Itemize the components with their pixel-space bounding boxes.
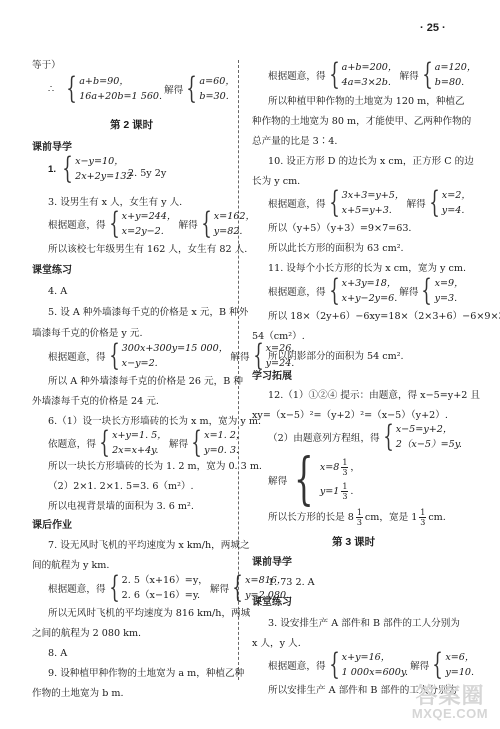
brace-icon: { xyxy=(253,342,264,370)
answer-line: xy=（x−5）²=（y+2）²=（x−5）（y+2）. xyxy=(252,410,448,422)
question-line: 5. 设 A 种外墙漆每千克的价格是 x 元，B 种外 xyxy=(48,307,248,319)
answer-line: （2）2×1. 2×1. 5=3. 6（m²）. xyxy=(48,481,194,493)
answer-line: 外墙漆每千克的价格是 24 元. xyxy=(32,396,159,408)
answer-line: 所以（y+5）（y+3）=9×7=63. xyxy=(268,223,411,235)
equation-system: 依题意，得 { x+y=1. 5，2x=x+4y. 解得 { x=1. 2，y=… xyxy=(48,428,246,458)
section-heading: 课堂练习 xyxy=(32,265,72,277)
answer-line: 之间的航程为 2 080 km. xyxy=(32,628,141,640)
text-line: 等于） xyxy=(32,60,61,72)
answer-line: 总产量的比是 3∶4. xyxy=(252,136,337,148)
question-line: 10. 设正方形 D 的边长为 x cm，正方形 C 的边 xyxy=(268,156,474,168)
answer-line: 所以无风时飞机的平均速度为 816 km/h，两城 xyxy=(48,608,250,620)
answer-line: 所以电视背景墙的面积为 3. 6 m². xyxy=(48,501,194,513)
question-line: 11. 设每个小长方形的长为 x cm，宽为 y cm. xyxy=(268,263,466,275)
brace-icon: { xyxy=(187,75,198,103)
brace-icon: { xyxy=(232,574,243,602)
solution-system: 解得 { x=813， y=113. xyxy=(268,455,360,505)
answer-line: 54（cm²）. xyxy=(252,331,305,343)
brace-icon: { xyxy=(99,429,110,457)
section-heading: 课前导学 xyxy=(252,557,292,569)
brace-icon: { xyxy=(329,61,340,89)
brace-icon: { xyxy=(294,455,314,505)
lesson-title: 第 3 课时 xyxy=(332,536,375,548)
question-line: 作物的土地宽为 b m. xyxy=(32,688,124,700)
question-line: x 人，y 人. xyxy=(252,638,301,650)
equation-system: ∴ { a+b=90，16a+20b=1 560. 解得 { a=60，b=30… xyxy=(48,74,235,104)
answer-line: 1. 73 2. A xyxy=(268,577,315,589)
answer-line: 所以该校七年级男生有 162 人，女生有 82 人. xyxy=(48,244,247,256)
brace-icon: { xyxy=(433,651,444,679)
brace-icon: { xyxy=(422,61,433,89)
brace-icon: { xyxy=(383,423,394,451)
question-line: 6.（1）设一块长方形墙砖的长为 x m，宽为 y m. xyxy=(48,416,261,428)
equation-system: 根据题意，得 { a+b=200，4a=3×2b. 解得 { a=120，b=8… xyxy=(268,60,476,90)
brace-icon: { xyxy=(62,155,73,183)
brace-icon: { xyxy=(429,189,440,217)
answer-line: 所以种植甲种作物的土地宽为 120 m，种植乙 xyxy=(268,96,465,108)
brace-icon: { xyxy=(201,210,212,238)
answer-line: 所以 18×（2y+6）−6xy=18×（2×3+6）−6×9×3= xyxy=(268,311,500,323)
section-heading: 学习拓展 xyxy=(252,371,292,383)
answer-line: 所以 A 种外墙漆每千克的价格是 26 元，B 种 xyxy=(48,376,243,388)
brace-icon: { xyxy=(109,574,120,602)
question-line: 9. 设种植甲种作物的土地宽为 a m，种植乙种 xyxy=(48,668,244,680)
brace-icon: { xyxy=(329,651,340,679)
equation-system: 根据题意，得 { 300x+300y=15 000，x−y=2. 解得 { x=… xyxy=(48,341,301,371)
brace-icon: { xyxy=(422,277,433,305)
lesson-title: 第 2 课时 xyxy=(110,119,153,131)
answer-line: 所以阴影部分的面积为 54 cm². xyxy=(268,351,404,363)
equation-system: 根据题意，得 { x+y=16，1 000x=600y. 解得 { x=6，y=… xyxy=(268,650,475,680)
brace-icon: { xyxy=(329,189,340,217)
brace-icon: { xyxy=(66,75,77,103)
brace-icon: { xyxy=(191,429,202,457)
answer-line: 4. A xyxy=(48,286,67,298)
answer-line: 所以长方形的长是 813cm，宽是 113cm. xyxy=(268,508,446,528)
question-line: 3. 设安排生产 A 部件和 B 部件的工人分别为 xyxy=(268,618,460,630)
equation-system: 根据题意，得 { 3x+3=y+5，x+5=y+3. 解得 { x=2，y=4. xyxy=(268,188,471,218)
question-line: 7. 设无风时飞机的平均速度为 x km/h，两城之 xyxy=(48,540,250,552)
brace-icon: { xyxy=(109,342,120,370)
question-line: 12.（1）①②④ 提示：由题意，得 x−5=y+2 且 xyxy=(268,390,480,402)
answer-line: 8. A xyxy=(48,648,67,660)
section-heading: 课后作业 xyxy=(32,520,72,532)
watermark-logo: 答案圈 MXQE.COM xyxy=(405,685,495,721)
section-heading: 课堂练习 xyxy=(252,597,292,609)
equation-system: 根据题意，得 { x+3y=18，x+y−2y=6. 解得 { x=9，y=3. xyxy=(268,276,464,306)
question-line: 长为 y cm. xyxy=(252,176,300,188)
question-line: 墙漆每千克的价格是 y 元. xyxy=(32,328,143,340)
answer-line: 所以一块长方形墙砖的长为 1. 2 m，宽为 0. 3 m. xyxy=(48,461,262,473)
answer-line: 2. 5y 2y xyxy=(128,168,166,180)
answer-line: 种作物的土地宽为 80 m，才能使甲、乙两种作物的 xyxy=(252,116,471,128)
equation-system: 根据题意，得 { x+y=244，x=2y−2. 解得 { x=162，y=82… xyxy=(48,209,255,239)
page-number: · 25 · xyxy=(420,22,446,34)
brace-icon: { xyxy=(109,210,120,238)
question-line: 间的航程为 y km. xyxy=(32,560,109,572)
brace-icon: { xyxy=(329,277,340,305)
answer-line: 所以此长方形的面积为 63 cm². xyxy=(268,243,404,255)
equation-system: 1. { x−y=10，2x+2y=132 xyxy=(48,154,133,184)
